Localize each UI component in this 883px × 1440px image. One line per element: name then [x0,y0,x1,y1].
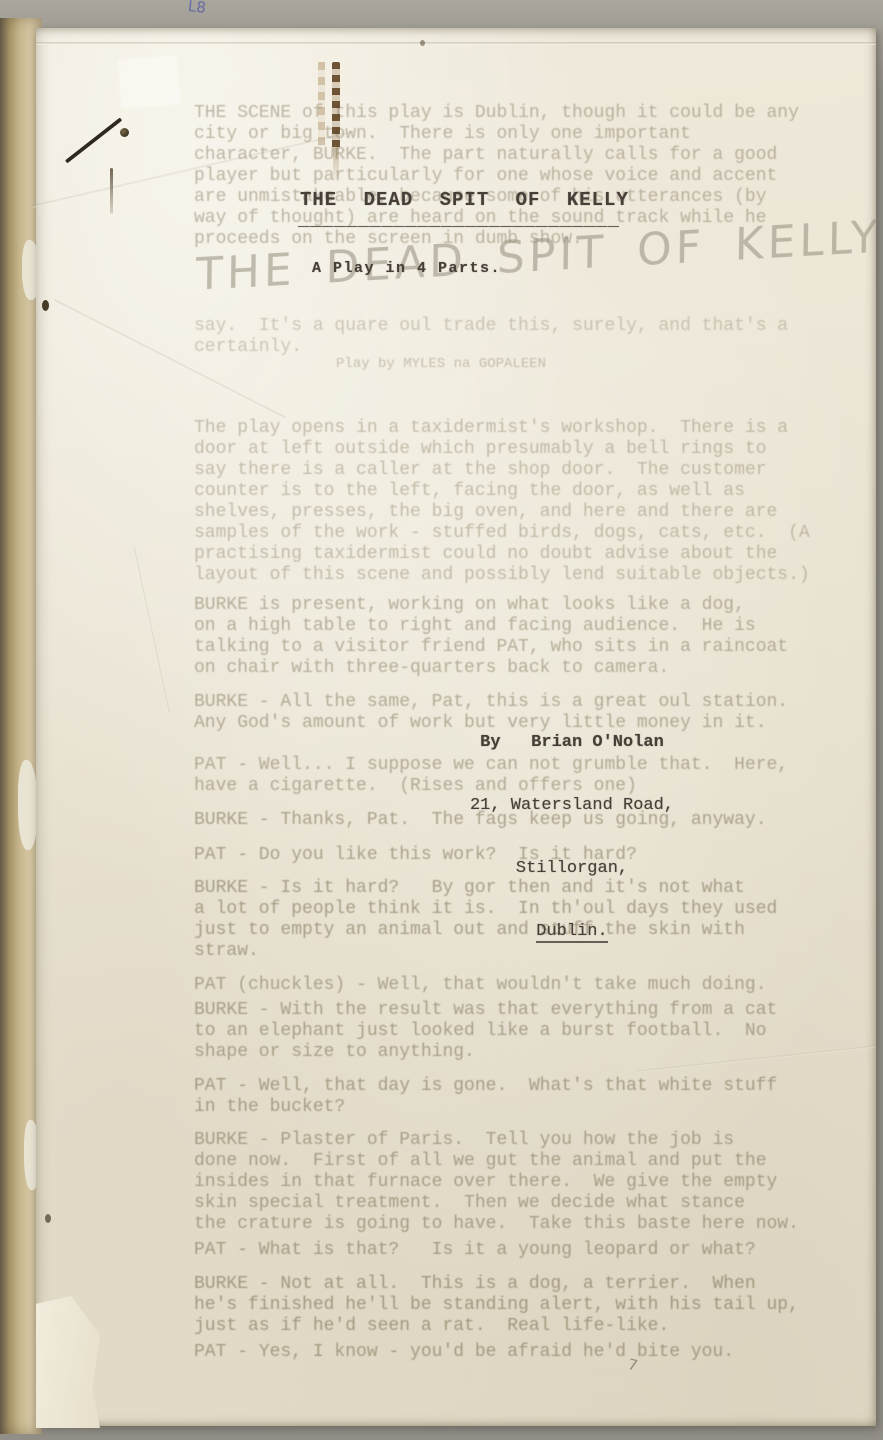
ghost-scene-paragraph: The play opens in a taxidermist's worksh… [194,418,883,586]
ink-speck [420,40,425,46]
torn-corner-flap [36,1296,100,1428]
ghost-dialogue-line: BURKE - With the result was that everyth… [194,1000,883,1063]
byline-city-text: Dublin. [536,922,607,943]
pin-shadow-streak [110,168,113,214]
ghost-dialogue-line: PAT - Yes, I know - you'd be afraid he'd… [194,1342,883,1363]
fold-crease-top [36,42,876,45]
ghost-dialogue-line: PAT - What is that? Is it a young leopar… [194,1240,883,1261]
paperclip-rust-stain [332,62,340,148]
ink-speck [45,1214,51,1223]
ghost-mid-fragment: say. It's a quare oul trade this, surely… [194,316,874,358]
rust-stain-fade [333,148,339,182]
ink-speck [42,300,49,311]
ghost-dialogue-line: BURKE - Plaster of Paris. Tell you how t… [194,1130,883,1235]
crease-line [132,546,169,713]
scanned-typescript-page: L8 THE SCENE of this play is Dublin, tho… [0,0,883,1440]
byline-author: By Brian O'Nolan [454,732,690,753]
byline-address-1: 21, Watersland Road, [454,795,690,816]
ghost-stage-directions: BURKE is present, working on what looks … [194,595,883,679]
play-subtitle: A Play in 4 Parts. [312,258,501,279]
pin-mark [65,117,123,163]
ghost-dialogue-line: BURKE - Not at all. This is a dog, a ter… [194,1274,883,1337]
ghost-play-by-line: Play by MYLES na GOPALEEN [336,354,546,375]
ghost-dialogue-line: PAT - Well, that day is gone. What's tha… [194,1076,883,1118]
byline-city: Dublin. [454,921,690,942]
pin-head [120,128,129,137]
byline-block: By Brian O'Nolan 21, Watersland Road, St… [454,690,690,984]
blue-ink-mark: L8 [187,0,207,17]
byline-address-2: Stillorgan, [454,858,690,879]
tape-remnant [118,56,179,108]
paper-sheet: THE SCENE of this play is Dublin, though… [36,28,876,1426]
play-title: THE DEAD SPIT OF KELLY [300,190,629,211]
rust-stain [318,62,325,146]
title-underline: ___________________________ [298,210,619,231]
